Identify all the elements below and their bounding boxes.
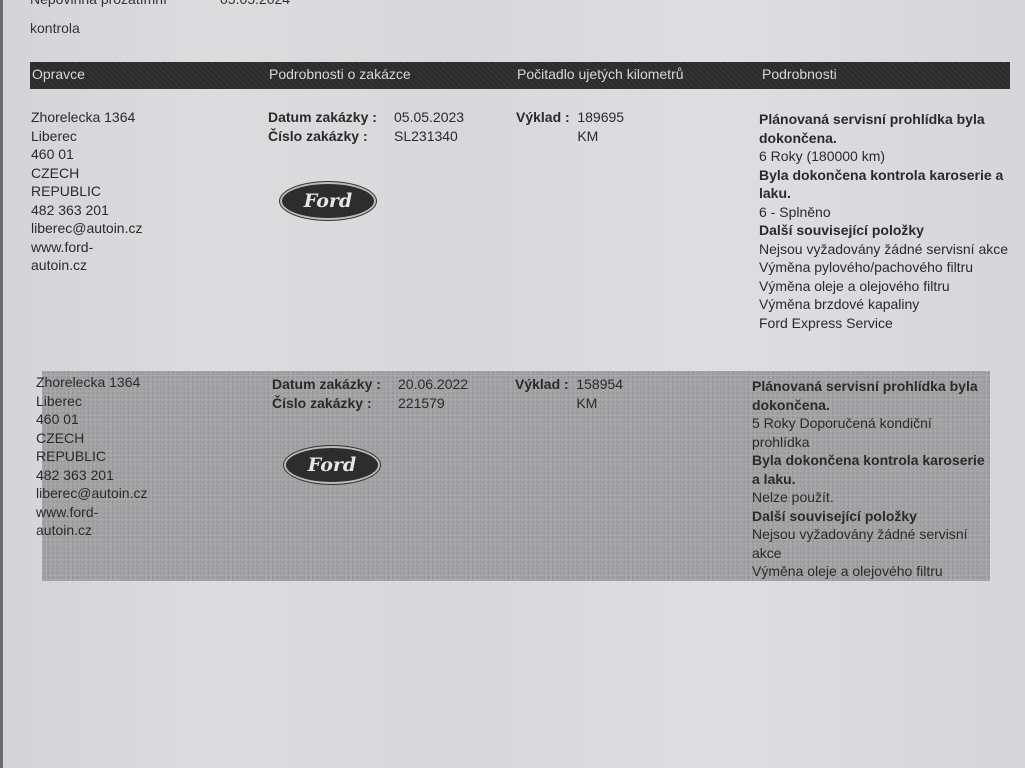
detail-heading: Další související položky: [752, 507, 992, 526]
website: www.ford-autoin.cz: [31, 238, 143, 275]
service-details: Plánovaná servisní prohlídka byla dokonč…: [759, 110, 1014, 332]
order-number: 221579: [398, 394, 445, 413]
top-label-cont: kontrola: [30, 20, 80, 36]
service-details: Plánovaná servisní prohlídka byla dokonč…: [752, 377, 992, 581]
address-line: 460 01: [31, 145, 143, 164]
order-number: SL231340: [394, 127, 458, 146]
detail-item: Nejsou vyžadovány žádné servisní akce: [759, 240, 1014, 259]
email: liberec@autoin.cz: [36, 484, 148, 503]
order-number-label: Číslo zakázky :: [268, 127, 394, 146]
top-date: 05.05.2024: [220, 0, 290, 7]
detail-item: Nelze použít.: [752, 488, 992, 507]
detail-heading: Plánovaná servisní prohlídka byla dokonč…: [759, 110, 1014, 147]
odometer-label: Výklad :: [515, 375, 576, 412]
address-line: 460 01: [36, 410, 148, 429]
order-number-label: Číslo zakázky :: [272, 394, 398, 413]
address-line: CZECH REPUBLIC: [36, 429, 148, 466]
detail-item: Nejsou vyžadovány žádné servisní akce: [752, 525, 992, 562]
odometer: Výklad :189695 KM: [516, 108, 637, 145]
repairer-address: Zhorelecka 1364 Liberec 460 01 CZECH REP…: [31, 108, 143, 275]
phone: 482 363 201: [31, 201, 143, 220]
top-label: Nepovinná prozatímní: [30, 0, 167, 7]
order-details: Datum zakázky :05.05.2023 Číslo zakázky …: [268, 108, 464, 145]
order-date: 20.06.2022: [398, 375, 468, 394]
detail-heading: Další související položky: [759, 221, 1014, 240]
odometer: Výklad :158954 KM: [515, 375, 636, 412]
ford-logo-icon: Ford: [280, 182, 376, 220]
header-repairer: Opravce: [32, 66, 85, 82]
address-line: CZECH REPUBLIC: [31, 164, 143, 201]
order-details: Datum zakázky :20.06.2022 Číslo zakázky …: [272, 375, 468, 412]
detail-item: 6 - Splněno: [759, 203, 1014, 222]
header-order-details: Podrobnosti o zakázce: [269, 66, 411, 82]
odometer-value: 189695 KM: [577, 108, 636, 145]
page-edge: [0, 0, 3, 768]
detail-heading: Byla dokončena kontrola karoserie a laku…: [759, 166, 1014, 203]
detail-item: 5 Roky Doporučená kondiční prohlídka: [752, 414, 992, 451]
address-line: Zhorelecka 1364: [36, 373, 148, 392]
address-line: Liberec: [31, 127, 143, 146]
address-line: Liberec: [36, 392, 148, 411]
detail-item: Ford Express Service: [759, 314, 1014, 333]
repairer-address: Zhorelecka 1364 Liberec 460 01 CZECH REP…: [36, 373, 148, 540]
detail-item: 6 Roky (180000 km): [759, 147, 1014, 166]
address-line: Zhorelecka 1364: [31, 108, 143, 127]
header-details: Podrobnosti: [762, 66, 837, 82]
detail-heading: Byla dokončena kontrola karoserie a laku…: [752, 451, 992, 488]
odometer-label: Výklad :: [516, 108, 577, 145]
detail-item: Výměna oleje a olejového filtru: [752, 562, 992, 581]
order-date: 05.05.2023: [394, 108, 464, 127]
table-header: Opravce Podrobnosti o zakázce Počitadlo …: [30, 62, 1010, 89]
detail-heading: Plánovaná servisní prohlídka byla dokonč…: [752, 377, 992, 414]
header-odometer: Počitadlo ujetých kilometrů: [517, 66, 684, 82]
detail-item: Výměna oleje a olejového filtru: [759, 277, 1014, 296]
odometer-value: 158954 KM: [576, 375, 635, 412]
detail-item: Výměna pylového/pachového filtru: [759, 258, 1014, 277]
email: liberec@autoin.cz: [31, 219, 143, 238]
order-date-label: Datum zakázky :: [272, 375, 398, 394]
detail-item: Výměna brzdové kapaliny: [759, 295, 1014, 314]
order-date-label: Datum zakázky :: [268, 108, 394, 127]
website: www.ford-autoin.cz: [36, 503, 148, 540]
phone: 482 363 201: [36, 466, 148, 485]
ford-logo-icon: Ford: [284, 446, 380, 484]
